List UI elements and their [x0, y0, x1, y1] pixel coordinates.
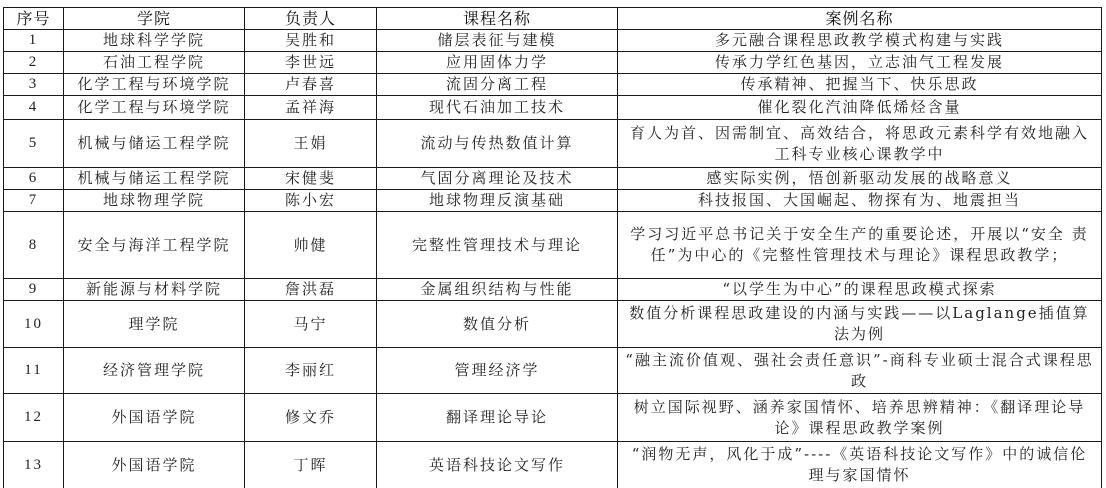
course-cell: 翻译理论导论 — [377, 394, 618, 442]
lead-cell: 詹洪磊 — [245, 279, 377, 301]
table-row: 2石油工程学院李世远应用固体力学传承力学红色基因，立志油气工程发展 — [4, 52, 1102, 74]
row-index: 10 — [4, 301, 64, 348]
row-index: 7 — [4, 190, 64, 212]
case-cell: 树立国际视野、涵养家国情怀、培养思辨精神：《翻译理论导论》课程思政教学案例 — [618, 394, 1102, 442]
row-index: 6 — [4, 168, 64, 190]
college-cell: 石油工程学院 — [64, 52, 245, 74]
table-row: 1地球科学学院吴胜和储层表征与建模多元融合课程思政教学模式构建与实践 — [4, 30, 1102, 52]
row-index: 2 — [4, 52, 64, 74]
course-cell: 储层表征与建模 — [377, 30, 618, 52]
table-row: 13外国语学院丁晖英语科技论文写作“润物无声，风化于成”----《英语科技论文写… — [4, 442, 1102, 488]
course-cell: 流动与传热数值计算 — [377, 120, 618, 168]
row-index: 12 — [4, 394, 64, 442]
header-course: 课程名称 — [377, 8, 618, 30]
lead-cell: 丁晖 — [245, 442, 377, 488]
course-cell: 地球物理反演基础 — [377, 190, 618, 212]
course-cell: 英语科技论文写作 — [377, 442, 618, 488]
row-index: 13 — [4, 442, 64, 488]
case-cell: 催化裂化汽油降低烯烃含量 — [618, 96, 1102, 120]
college-cell: 地球物理学院 — [64, 190, 245, 212]
header-lead: 负责人 — [245, 8, 377, 30]
table-row: 3化学工程与环境学院卢春喜流固分离工程传承精神、把握当下、快乐思政 — [4, 74, 1102, 96]
lead-cell: 修文乔 — [245, 394, 377, 442]
course-cell: 完整性管理技术与理论 — [377, 212, 618, 279]
lead-cell: 帅健 — [245, 212, 377, 279]
lead-cell: 王娟 — [245, 120, 377, 168]
row-index: 8 — [4, 212, 64, 279]
case-cell: 育人为首、因需制宜、高效结合，将思政元素科学有效地融入工科专业核心课教学中 — [618, 120, 1102, 168]
course-cell: 金属组织结构与性能 — [377, 279, 618, 301]
case-cell: 科技报国、大国崛起、物探有为、地震担当 — [618, 190, 1102, 212]
case-cell: “以学生为中心”的课程思政模式探索 — [618, 279, 1102, 301]
lead-cell: 吴胜和 — [245, 30, 377, 52]
college-cell: 机械与储运工程学院 — [64, 168, 245, 190]
table-row: 12外国语学院修文乔翻译理论导论树立国际视野、涵养家国情怀、培养思辨精神：《翻译… — [4, 394, 1102, 442]
lead-cell: 李世远 — [245, 52, 377, 74]
table-row: 10理学院马宁数值分析数值分析课程思政建设的内涵与实践——以Laglange插值… — [4, 301, 1102, 348]
row-index: 11 — [4, 348, 64, 394]
row-index: 4 — [4, 96, 64, 120]
header-index: 序号 — [4, 8, 64, 30]
case-cell: 传承精神、把握当下、快乐思政 — [618, 74, 1102, 96]
table-row: 8安全与海洋工程学院帅健完整性管理技术与理论学习习近平总书记关于安全生产的重要论… — [4, 212, 1102, 279]
college-cell: 化学工程与环境学院 — [64, 74, 245, 96]
table-row: 5机械与储运工程学院王娟流动与传热数值计算育人为首、因需制宜、高效结合，将思政元… — [4, 120, 1102, 168]
college-cell: 化学工程与环境学院 — [64, 96, 245, 120]
college-cell: 安全与海洋工程学院 — [64, 212, 245, 279]
row-index: 3 — [4, 74, 64, 96]
college-cell: 经济管理学院 — [64, 348, 245, 394]
lead-cell: 孟祥海 — [245, 96, 377, 120]
college-cell: 外国语学院 — [64, 394, 245, 442]
college-cell: 外国语学院 — [64, 442, 245, 488]
lead-cell: 马宁 — [245, 301, 377, 348]
case-cell: 数值分析课程思政建设的内涵与实践——以Laglange插值算法为例 — [618, 301, 1102, 348]
row-index: 1 — [4, 30, 64, 52]
table-row: 6机械与储运工程学院宋健斐气固分离理论及技术感实际实例，悟创新驱动发展的战略意义 — [4, 168, 1102, 190]
lead-cell: 宋健斐 — [245, 168, 377, 190]
table-row: 9新能源与材料学院詹洪磊金属组织结构与性能“以学生为中心”的课程思政模式探索 — [4, 279, 1102, 301]
course-cell: 应用固体力学 — [377, 52, 618, 74]
course-case-table: 序号 学院 负责人 课程名称 案例名称 1地球科学学院吴胜和储层表征与建模多元融… — [3, 7, 1102, 488]
table-row: 4化学工程与环境学院孟祥海现代石油加工技术催化裂化汽油降低烯烃含量 — [4, 96, 1102, 120]
case-cell: “润物无声，风化于成”----《英语科技论文写作》中的诚信伦理与家国情怀 — [618, 442, 1102, 488]
case-cell: 传承力学红色基因，立志油气工程发展 — [618, 52, 1102, 74]
lead-cell: 卢春喜 — [245, 74, 377, 96]
lead-cell: 陈小宏 — [245, 190, 377, 212]
college-cell: 地球科学学院 — [64, 30, 245, 52]
college-cell: 新能源与材料学院 — [64, 279, 245, 301]
row-index: 9 — [4, 279, 64, 301]
course-cell: 现代石油加工技术 — [377, 96, 618, 120]
table-header-row: 序号 学院 负责人 课程名称 案例名称 — [4, 8, 1102, 30]
college-cell: 理学院 — [64, 301, 245, 348]
case-cell: 多元融合课程思政教学模式构建与实践 — [618, 30, 1102, 52]
header-college: 学院 — [64, 8, 245, 30]
table-row: 7地球物理学院陈小宏地球物理反演基础科技报国、大国崛起、物探有为、地震担当 — [4, 190, 1102, 212]
row-index: 5 — [4, 120, 64, 168]
header-case: 案例名称 — [618, 8, 1102, 30]
course-cell: 气固分离理论及技术 — [377, 168, 618, 190]
case-cell: 学习习近平总书记关于安全生产的重要论述，开展以“安全 责任”为中心的《完整性管理… — [618, 212, 1102, 279]
college-cell: 机械与储运工程学院 — [64, 120, 245, 168]
case-cell: 感实际实例，悟创新驱动发展的战略意义 — [618, 168, 1102, 190]
case-cell: “融主流价值观、强社会责任意识”-商科专业硕士混合式课程思政 — [618, 348, 1102, 394]
table-body: 1地球科学学院吴胜和储层表征与建模多元融合课程思政教学模式构建与实践2石油工程学… — [4, 30, 1102, 488]
course-cell: 流固分离工程 — [377, 74, 618, 96]
course-cell: 管理经济学 — [377, 348, 618, 394]
table-row: 11经济管理学院李丽红管理经济学“融主流价值观、强社会责任意识”-商科专业硕士混… — [4, 348, 1102, 394]
course-cell: 数值分析 — [377, 301, 618, 348]
lead-cell: 李丽红 — [245, 348, 377, 394]
